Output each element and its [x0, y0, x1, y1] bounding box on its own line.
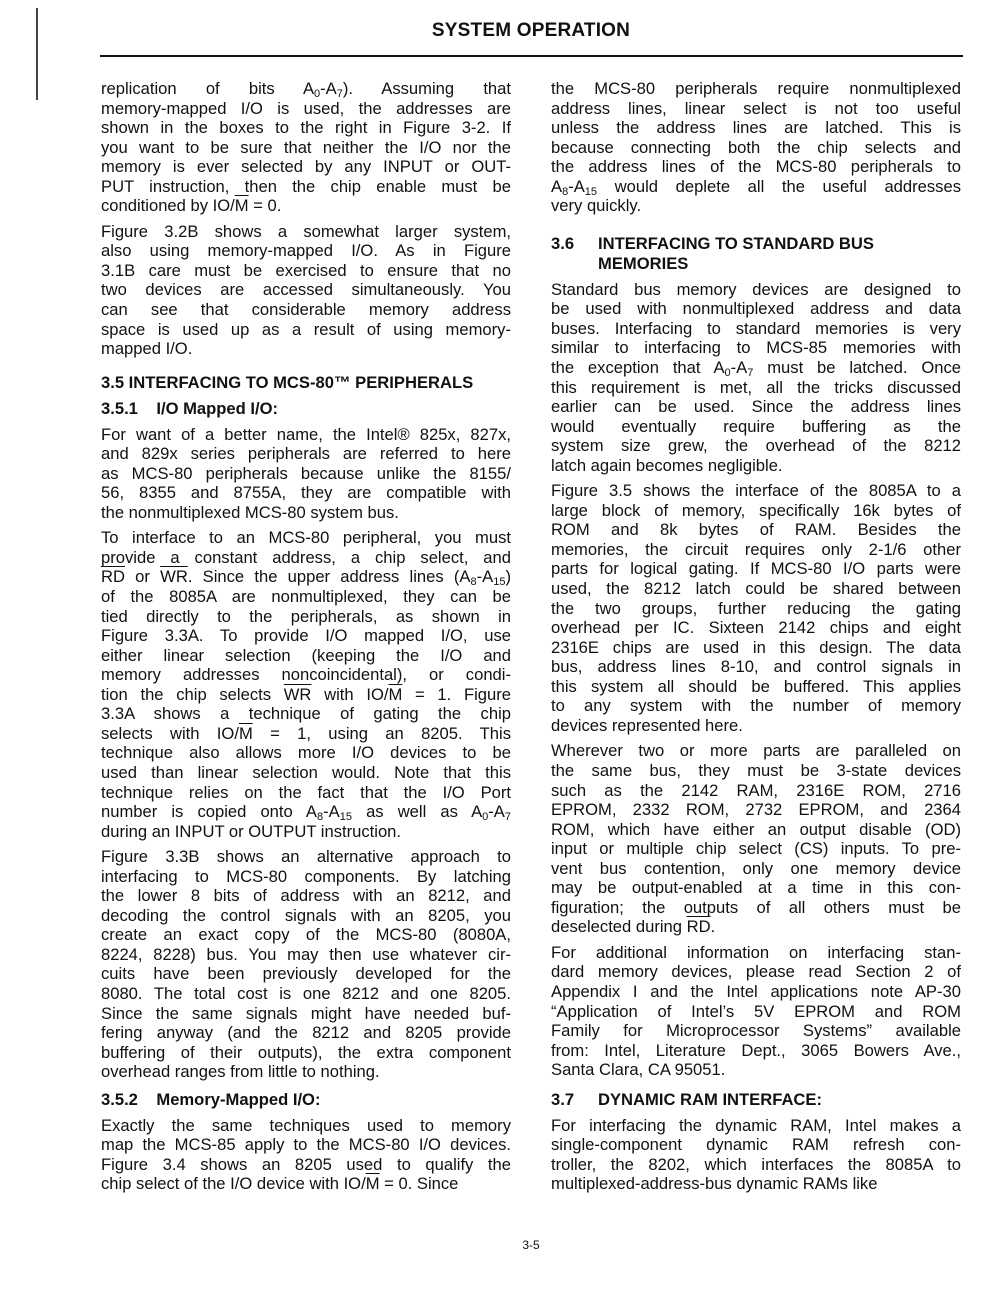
text-line: overhead ranges from little to nothing.	[101, 1062, 511, 1082]
text-line: Exactly the same techniques used to memo…	[101, 1116, 511, 1136]
section-heading-3-5: 3.5 INTERFACING TO MCS-80™ PERIPHERALS	[101, 373, 511, 393]
text-line: mapped I/O.	[101, 339, 511, 359]
text-line: figuration; the outputs of all others mu…	[551, 898, 961, 918]
text-line: conditioned by IO/M = 0.	[101, 196, 511, 216]
paragraph: replication of bits A0-A7). Assuming tha…	[101, 79, 511, 216]
text-line: Wherever two or more parts are parallele…	[551, 741, 961, 761]
text-line: during an INPUT or OUTPUT instruction.	[101, 822, 511, 842]
text-line: tied directly to the peripherals, as sho…	[101, 607, 511, 627]
text-line: from: Intel, Literature Dept., 3065 Bowe…	[551, 1041, 961, 1061]
text-line: space is used up as a result of using me…	[101, 320, 511, 340]
header-rule	[100, 55, 963, 57]
text-line: large block of memory, specifically 16k …	[551, 501, 961, 521]
text-line: 2316E chips are used in this design. The…	[551, 638, 961, 658]
text-line: either linear selection (keeping the I/O…	[101, 646, 511, 666]
page-header-title: SYSTEM OPERATION	[0, 20, 1008, 42]
section-heading-3-7: 3.7 DYNAMIC RAM INTERFACE:	[551, 1090, 961, 1110]
text-line: RD or WR. Since the upper address lines …	[101, 567, 511, 587]
paragraph: Exactly the same techniques used to memo…	[101, 1116, 511, 1194]
heading-title-line: INTERFACING TO STANDARD BUS	[598, 234, 874, 253]
text-line: the address lines of the MCS-80 peripher…	[551, 157, 961, 177]
text-line: also using memory-mapped I/O. As in Figu…	[101, 241, 511, 261]
text-line: single-component dynamic RAM refresh con…	[551, 1135, 961, 1155]
text-line: and 829x series peripherals are referred…	[101, 444, 511, 464]
text-line: address lines, linear select is not too …	[551, 99, 961, 119]
text-line: this requirement is met, all the tricks …	[551, 378, 961, 398]
paragraph: For additional information on interfacin…	[551, 943, 961, 1080]
text-line: decoding the control signals with an 820…	[101, 906, 511, 926]
text-line: Figure 3.5 shows the interface of the 80…	[551, 481, 961, 501]
text-line: Figure 3.2B shows a somewhat larger syst…	[101, 222, 511, 242]
text-line: Standard bus memory devices are designed…	[551, 280, 961, 300]
text-line: Family for Microprocessor Systems” avail…	[551, 1021, 961, 1041]
right-column: the MCS-80 peripherals require nonmultip…	[551, 79, 961, 1200]
text-line: two devices are accessed simultaneously.…	[101, 280, 511, 300]
text-line: vent bus contention, only one memory dev…	[551, 859, 961, 879]
text-line: the two groups, further reducing the gat…	[551, 599, 961, 619]
paragraph: Standard bus memory devices are designed…	[551, 280, 961, 475]
paragraph: To interface to an MCS-80 peripheral, yo…	[101, 528, 511, 841]
text-line: would eventually require buffering as th…	[551, 417, 961, 437]
text-line: chip select of the I/O device with IO/M …	[101, 1174, 511, 1194]
paragraph: For want of a better name, the Intel® 82…	[101, 425, 511, 523]
text-line: memory is ever selected by any INPUT or …	[101, 157, 511, 177]
heading-number: 3.5.1	[101, 399, 138, 418]
text-line: used than linear selection would. Note t…	[101, 763, 511, 783]
text-line: the nonmultiplexed MCS-80 system bus.	[101, 503, 511, 523]
text-line: interfacing to MCS-80 components. By lat…	[101, 867, 511, 887]
text-line: 3.1B care must be exercised to ensure th…	[101, 261, 511, 281]
paragraph: Wherever two or more parts are parallele…	[551, 741, 961, 936]
text-line: 8224, 8228) bus. You may then use whatev…	[101, 945, 511, 965]
text-line: the same bus, they must be 3-state devic…	[551, 761, 961, 781]
heading-number: 3.7	[551, 1090, 598, 1110]
paragraph: Figure 3.3B shows an alternative approac…	[101, 847, 511, 1082]
text-line: input or multiple chip select (CS) input…	[551, 839, 961, 859]
text-line: latch again becomes negligible.	[551, 456, 961, 476]
left-column: replication of bits A0-A7). Assuming tha…	[101, 79, 511, 1200]
text-line: unless the address lines are latched. Th…	[551, 118, 961, 138]
text-line: memory-mapped I/O is used, the addresses…	[101, 99, 511, 119]
text-line: buses. Interfacing to standard memories …	[551, 319, 961, 339]
paragraph: Figure 3.5 shows the interface of the 80…	[551, 481, 961, 735]
text-line: provide a constant address, a chip selec…	[101, 548, 511, 568]
text-line: you want to be sure that neither the I/O…	[101, 138, 511, 158]
page-number: 3-5	[0, 1238, 1008, 1252]
text-line: technique also allows more I/O devices t…	[101, 743, 511, 763]
text-line: overhead per IC. Sixteen 2142 chips and …	[551, 618, 961, 638]
text-line: Figure 3.3B shows an alternative approac…	[101, 847, 511, 867]
text-line: very quickly.	[551, 196, 961, 216]
text-line: may be output-enabled at a time in this …	[551, 878, 961, 898]
text-line: For want of a better name, the Intel® 82…	[101, 425, 511, 445]
text-line: shown in the boxes to the right in Figur…	[101, 118, 511, 138]
heading-number: 3.6	[551, 234, 598, 274]
text-line: tion the chip selects WR with IO/M = 1. …	[101, 685, 511, 705]
text-line: deselected during RD.	[551, 917, 961, 937]
text-line: PUT instruction, then the chip enable mu…	[101, 177, 511, 197]
text-line: selects with IO/M = 1, using an 8205. Th…	[101, 724, 511, 744]
text-line: as MCS-80 peripherals because unlike the…	[101, 464, 511, 484]
heading-number: 3.5.2	[101, 1090, 138, 1109]
text-line: 3.3A shows a technique of gating the chi…	[101, 704, 511, 724]
text-line: cuits have been previously developed for…	[101, 964, 511, 984]
text-line: Figure 3.3A. To provide I/O mapped I/O, …	[101, 626, 511, 646]
text-line: of the 8085A are nonmultiplexed, they ca…	[101, 587, 511, 607]
subsection-heading-3-5-1: 3.5.1 I/O Mapped I/O:	[101, 399, 511, 419]
text-line: Santa Clara, CA 95051.	[551, 1060, 961, 1080]
text-line: EPROM, 2332 ROM, 2732 EPROM, and 2364	[551, 800, 961, 820]
text-line: “Application of Intel’s 5V EPROM and ROM	[551, 1002, 961, 1022]
text-line: ROM, which have either an output disable…	[551, 820, 961, 840]
heading-title: INTERFACING TO STANDARD BUS MEMORIES	[598, 234, 874, 274]
text-line: devices represented here.	[551, 716, 961, 736]
text-line: dard memory devices, please read Section…	[551, 962, 961, 982]
text-line: create an exact copy of the MCS-80 (8080…	[101, 925, 511, 945]
text-line: buffering of their outputs), the extra c…	[101, 1043, 511, 1063]
text-line: the exception that A0-A7 must be latched…	[551, 358, 961, 378]
text-line: Since the same signals might have needed…	[101, 1004, 511, 1024]
text-line: such as the 2142 RAM, 2316E ROM, 2716	[551, 781, 961, 801]
text-line: parts for logical gating. If MCS-80 I/O …	[551, 559, 961, 579]
text-line: the lower 8 bits of address with an 8212…	[101, 886, 511, 906]
subsection-heading-3-5-2: 3.5.2 Memory-Mapped I/O:	[101, 1090, 511, 1110]
text-line: fering anyway (and the 8212 and 8205 pro…	[101, 1023, 511, 1043]
heading-title-line: MEMORIES	[598, 254, 688, 273]
text-line: system size grew, the overhead of the 82…	[551, 436, 961, 456]
paragraph: For interfacing the dynamic RAM, Intel m…	[551, 1116, 961, 1194]
text-line: number is copied onto A8-A15 as well as …	[101, 802, 511, 822]
text-line: because connecting both the chip selects…	[551, 138, 961, 158]
text-line: bus, address lines 8-10, and control sig…	[551, 657, 961, 677]
text-line: Figure 3.4 shows an 8205 used to qualify…	[101, 1155, 511, 1175]
heading-title: DYNAMIC RAM INTERFACE:	[598, 1090, 822, 1110]
section-heading-3-6: 3.6 INTERFACING TO STANDARD BUS MEMORIES	[551, 234, 961, 274]
text-line: map the MCS-85 apply to the MCS-80 I/O d…	[101, 1135, 511, 1155]
text-line: this system all should be buffered. This…	[551, 677, 961, 697]
text-line: be used with nonmultiplexed address and …	[551, 299, 961, 319]
text-line: For additional information on interfacin…	[551, 943, 961, 963]
text-line: multiplexed-address-bus dynamic RAMs lik…	[551, 1174, 961, 1194]
heading-title: I/O Mapped I/O:	[156, 399, 278, 418]
text-line: to any system with the number of memory	[551, 696, 961, 716]
text-line: A8-A15 would deplete all the useful addr…	[551, 177, 961, 197]
paragraph: the MCS-80 peripherals require nonmultip…	[551, 79, 961, 216]
text-line: similar to interfacing to MCS-85 memorie…	[551, 338, 961, 358]
paragraph: Figure 3.2B shows a somewhat larger syst…	[101, 222, 511, 359]
text-line: memories, the circuit requires only 2-1/…	[551, 540, 961, 560]
text-line: To interface to an MCS-80 peripheral, yo…	[101, 528, 511, 548]
text-line: 56, 8355 and 8755A, they are compatible …	[101, 483, 511, 503]
text-line: earlier can be used. Since the address l…	[551, 397, 961, 417]
text-line: troller, the 8202, which interfaces the …	[551, 1155, 961, 1175]
text-line: For interfacing the dynamic RAM, Intel m…	[551, 1116, 961, 1136]
text-line: the MCS-80 peripherals require nonmultip…	[551, 79, 961, 99]
text-line: ROM and 8k bytes of RAM. Besides the	[551, 520, 961, 540]
text-line: memory addresses noncoincidental), or co…	[101, 665, 511, 685]
text-line: technique relies on the fact that the I/…	[101, 783, 511, 803]
text-line: used, the 8212 latch could be shared bet…	[551, 579, 961, 599]
text-line: replication of bits A0-A7). Assuming tha…	[101, 79, 511, 99]
heading-title: Memory-Mapped I/O:	[156, 1090, 320, 1109]
text-line: 8080. The total cost is one 8212 and one…	[101, 984, 511, 1004]
text-line: Appendix I and the Intel applications no…	[551, 982, 961, 1002]
text-line: can see that considerable memory address	[101, 300, 511, 320]
